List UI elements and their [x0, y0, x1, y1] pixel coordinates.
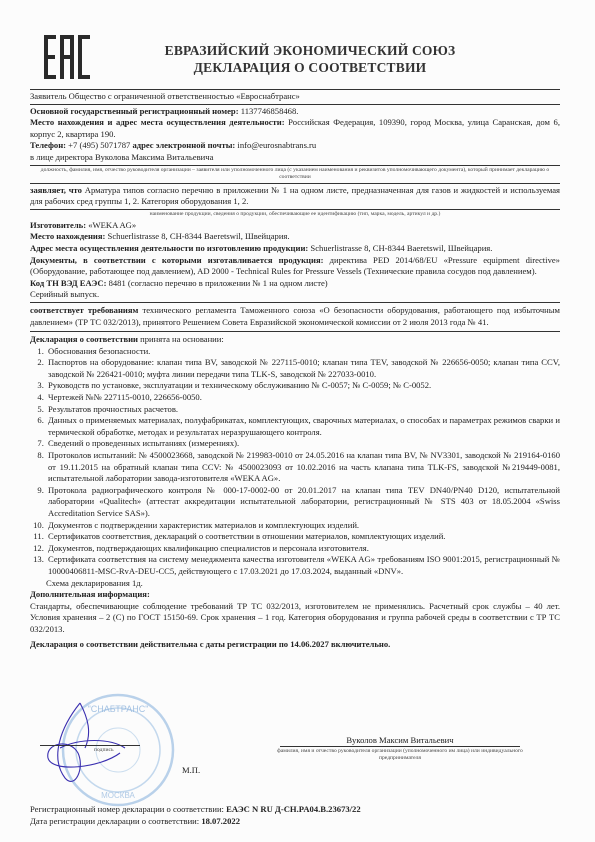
ogrn-value: 1137746858468. [239, 106, 299, 116]
divider [30, 165, 560, 166]
representative-caption: должность, фамилия, имя, отчество руково… [30, 167, 560, 181]
ogrn-line: Основной государственный регистрационный… [30, 106, 560, 118]
applicant-label: Заявитель [30, 91, 67, 101]
basis-item: Протокола радиографического контроля № 0… [46, 485, 560, 520]
basis-item: Чертежей №№ 227115-0010, 226656-0050. [46, 392, 560, 404]
basis-heading-bold: Декларация о соответствии [30, 334, 138, 344]
basis-heading-rest: принята на основании: [138, 334, 224, 344]
divider [30, 104, 560, 105]
basis-item: Руководств по установке, эксплуатации и … [46, 380, 560, 392]
basis-item: Результатов прочностных расчетов. [46, 404, 560, 416]
signer-name: Вуколов Максим Витальевич [280, 735, 520, 747]
documents-label: Документы, в соответствии с которыми изг… [30, 255, 323, 265]
seal-place-label: М.П. [182, 765, 200, 775]
tnved-code: Код ТН ВЭД ЕАЭС: 8481 (согласно перечню … [30, 278, 560, 290]
signature-caption: подпись [94, 747, 114, 753]
document-title: ЕВРАЗИЙСКИЙ ЭКОНОМИЧЕСКИЙ СОЮЗ ДЕКЛАРАЦИ… [120, 42, 500, 76]
manufacturer-label: Изготовитель: [30, 220, 86, 230]
declares-label: заявляет, что [30, 185, 82, 195]
title-declaration: ДЕКЛАРАЦИЯ О СООТВЕТСТВИИ [120, 59, 500, 76]
phone-value: +7 (495) 5071787 [66, 140, 132, 150]
basis-item: Документов, подтверждающих квалификацию … [46, 543, 560, 555]
registration-date: 18.07.2022 [201, 816, 240, 826]
validity-suffix: включительно. [329, 639, 390, 649]
applicant-address: Место нахождения и адрес места осуществл… [30, 117, 560, 140]
eac-logo-icon [42, 33, 92, 81]
manufacturer-location: Место нахождения: Schuerlistrasse 8, CH-… [30, 231, 560, 243]
document-body: Заявитель Общество с ограниченной ответс… [30, 88, 560, 650]
signature-line [40, 745, 140, 746]
declares-line: заявляет, что Арматура типов согласно пе… [30, 185, 560, 208]
declaration-scheme: Схема декларирования 1д. [30, 578, 560, 590]
code-value: 8481 (согласно перечню в приложении № 1 … [106, 278, 327, 288]
validity-line: Декларация о соответствии действительна … [30, 639, 560, 651]
basis-list: Обоснования безопасности.Паспортов на об… [30, 346, 560, 578]
registration-number: ЕАЭС N RU Д-CH.PA04.B.23673/22 [226, 804, 361, 814]
divider [30, 331, 560, 332]
divider [30, 302, 560, 303]
divider [30, 183, 560, 184]
conformity-statement: соответствует требованиям технического р… [30, 305, 560, 328]
phone-label: Телефон: [30, 140, 66, 150]
basis-item: Документов с подтверждении характеристик… [46, 520, 560, 532]
production-documents: Документы, в соответствии с которыми изг… [30, 255, 560, 278]
email-value: info@eurosnabtrans.ru [235, 140, 316, 150]
divider [30, 89, 560, 90]
registration-number-line: Регистрационный номер декларации о соотв… [30, 804, 361, 816]
additional-text: Стандарты, обеспечивающие соблюдение тре… [30, 601, 560, 636]
location-value: Schuerlistrasse 8, CH-8344 Baeretswil, Ш… [105, 231, 289, 241]
production-label: Адрес места осуществления деятельности п… [30, 243, 308, 253]
declaration-page: ЕВРАЗИЙСКИЙ ЭКОНОМИЧЕСКИЙ СОЮЗ ДЕКЛАРАЦИ… [0, 0, 595, 842]
registration-date-line: Дата регистрации декларации о соответств… [30, 816, 361, 828]
basis-item: Данных о применяемых материалах, полуфаб… [46, 415, 560, 438]
divider [30, 209, 560, 210]
production-value: Schuerlistrasse 8, CH-8344 Baeretswil, Ш… [308, 243, 492, 253]
basis-item: Протоколов испытаний: № 4500023668, заво… [46, 450, 560, 485]
basis-item: Сведений о проведенных испытаниях (измер… [46, 438, 560, 450]
title-union: ЕВРАЗИЙСКИЙ ЭКОНОМИЧЕСКИЙ СОЮЗ [120, 42, 500, 59]
product-caption: наименование продукции, сведения о проду… [30, 211, 560, 218]
location-label: Место нахождения: [30, 231, 105, 241]
basis-item: Сертификатов соответствия, деклараций о … [46, 531, 560, 543]
signature-area: подпись М.П. Вуколов Максим Витальевич ф… [30, 735, 570, 795]
release-type: Серийный выпуск. [30, 289, 560, 301]
registration-block: Регистрационный номер декларации о соотв… [30, 804, 361, 827]
additional-heading: Дополнительная информация: [30, 589, 560, 601]
registration-date-label: Дата регистрации декларации о соответств… [30, 816, 201, 826]
validity-date: 14.06.2027 [290, 639, 329, 649]
basis-item: Паспортов на оборудование: клапан типа B… [46, 357, 560, 380]
conformity-label: соответствует [30, 305, 84, 315]
production-address: Адрес места осуществления деятельности п… [30, 243, 560, 255]
signer-caption: фамилия, имя и отчество руководителя орг… [260, 748, 540, 762]
manufacturer-line: Изготовитель: «WEKA AG» [30, 220, 560, 232]
representative: в лице директора Вуколова Максима Виталь… [30, 152, 560, 164]
basis-heading: Декларация о соответствии принята на осн… [30, 334, 560, 346]
applicant-line: Заявитель Общество с ограниченной ответс… [30, 91, 560, 103]
email-label: адрес электронной почты: [132, 140, 235, 150]
product-description: Арматура типов согласно перечню в прилож… [30, 185, 560, 207]
contact-line: Телефон: +7 (495) 5071787 адрес электрон… [30, 140, 560, 152]
code-label: Код ТН ВЭД ЕАЭС: [30, 278, 106, 288]
manufacturer-value: «WEKA AG» [86, 220, 136, 230]
registration-number-label: Регистрационный номер декларации о соотв… [30, 804, 226, 814]
requirements-label: требованиям [88, 305, 139, 315]
ogrn-label: Основной государственный регистрационный… [30, 106, 239, 116]
applicant-value: Общество с ограниченной ответственностью… [67, 91, 300, 101]
validity-prefix: Декларация о соответствии действительна … [30, 639, 290, 649]
address-label: Место нахождения и адрес места осуществл… [30, 117, 285, 127]
basis-item: Обоснования безопасности. [46, 346, 560, 358]
basis-item: Сертификата соответствия на систему мене… [46, 554, 560, 577]
